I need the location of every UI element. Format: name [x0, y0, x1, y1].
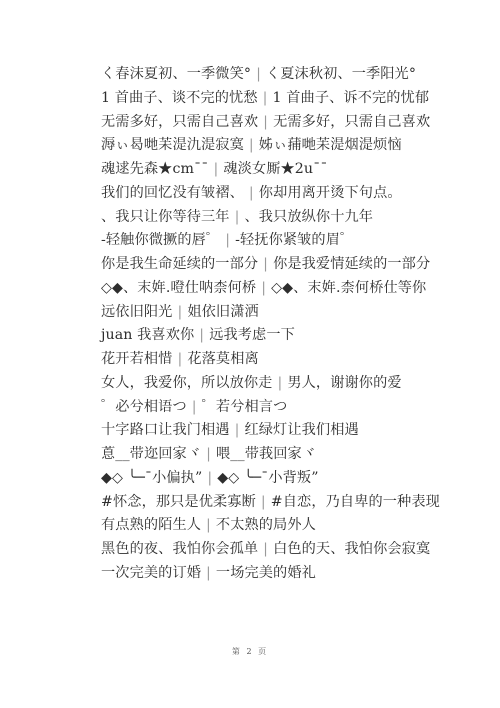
separator: | [201, 517, 216, 533]
list-item: ◇◆、末姩.噔仕呐柰何桥|◇◆、末姩.柰何桥仕等你 [101, 277, 431, 301]
line-right: 不太熟的局外人 [216, 517, 316, 533]
separator: | [220, 232, 235, 248]
list-item: 、我只让你等待三年|、我只放纵你十九年 [101, 206, 431, 230]
line-right: ゜若兮相言つ [202, 399, 288, 415]
separator: | [187, 399, 202, 415]
line-right: 花落莫相离 [187, 351, 258, 367]
line-left: 溽ぃ曷哋苿湜氿湜寂寞 [101, 137, 244, 153]
separator: | [258, 256, 273, 272]
list-item: 你是我生命延续的一部分|你是我爱情延续的一部分 [101, 253, 431, 277]
line-right: 你是我爱情延续的一部分 [273, 256, 430, 272]
line-right: #自恋，乃自卑的一种表现 [271, 494, 440, 510]
separator: | [258, 541, 273, 557]
list-item: 花开若相惜|花落莫相离 [101, 348, 431, 372]
line-left: 远依旧阳光 [101, 304, 172, 320]
separator: | [201, 446, 216, 462]
line-left: 、我只让你等待三年 [101, 209, 230, 225]
separator: | [251, 66, 266, 82]
separator: | [244, 137, 259, 153]
line-right: 无需多好，只需自己喜欢 [273, 114, 430, 130]
line-right: -轻抚你紧皱的眉゜ [235, 232, 354, 248]
line-right: 白色的天、我怕你会寂寞 [273, 541, 430, 557]
line-right: ◇◆、末姩.柰何桥仕等你 [271, 280, 426, 296]
list-item: #怀念，那只是优柔寡断|#自恋，乃自卑的一种表现 [101, 491, 431, 515]
line-right: ◆◇ ╰─¯小背叛” [217, 470, 318, 486]
separator: | [256, 494, 271, 510]
list-item: 一次完美的订婚|一场完美的婚礼 [101, 562, 431, 586]
list-item: 无需多好，只需自己喜欢|无需多好，只需自己喜欢 [101, 111, 431, 135]
list-item: 蒠__带迩回家ヾ|喂__带莪回家ヾ [101, 443, 431, 467]
line-right: 姐依旧潇洒 [187, 304, 258, 320]
line-left: 你是我生命延续的一部分 [101, 256, 258, 272]
line-left: 黑色的夜、我怕你会孤单 [101, 541, 258, 557]
list-item: 女人，我爱你，所以放你走|男人，谢谢你的爱 [101, 372, 431, 396]
document-page: く春沫夏初、一季微笑°|く夏沫秋初、一季阳光° 1 首曲子、谈不完的忧愁|1 首… [0, 0, 500, 708]
list-item: ◆◇ ╰─¯小偏执”|◆◇ ╰─¯小背叛” [101, 467, 431, 491]
list-item: 远依旧阳光|姐依旧潇洒 [101, 301, 431, 325]
line-left: 无需多好，只需自己喜欢 [101, 114, 258, 130]
line-right: く夏沫秋初、一季阳光° [266, 66, 416, 82]
page-number: 第 2 页 [0, 646, 500, 657]
separator: | [258, 90, 273, 106]
line-left: juan 我喜欢你 [101, 327, 194, 343]
line-left: 蒠__带迩回家ヾ [101, 446, 201, 462]
separator: | [256, 280, 271, 296]
separator: | [202, 470, 217, 486]
line-left: -轻触你微撅的唇゜ [101, 232, 220, 248]
line-right: 一场完美的婚礼 [216, 565, 316, 581]
line-left: 魂逑先森★cm¯¯ [101, 161, 208, 177]
line-right: 魂淡女厮★2u¯¯ [223, 161, 327, 177]
line-right: 、我只放纵你十九年 [244, 209, 373, 225]
separator: | [244, 185, 259, 201]
separator: | [172, 304, 187, 320]
line-right: 你却用离开烫下句点。 [259, 185, 402, 201]
separator: | [194, 327, 209, 343]
line-left: ◇◆、末姩.噔仕呐柰何桥 [101, 280, 256, 296]
separator: | [172, 351, 187, 367]
list-item: 溽ぃ曷哋苿湜氿湜寂寞|姊ぃ蒱哋苿湜烟湜烦恼 [101, 134, 431, 158]
separator: | [201, 565, 216, 581]
list-item: く春沫夏初、一季微笑°|く夏沫秋初、一季阳光° [101, 63, 431, 87]
line-left: 1 首曲子、谈不完的忧愁 [101, 90, 258, 106]
separator: | [230, 422, 245, 438]
line-left: ゜必兮相语つ [101, 399, 187, 415]
line-left: 女人，我爱你，所以放你走 [101, 375, 272, 391]
list-item: 黑色的夜、我怕你会孤单|白色的天、我怕你会寂寞 [101, 538, 431, 562]
separator: | [230, 209, 245, 225]
line-right: 红绿灯让我们相遇 [244, 422, 358, 438]
line-right: 男人，谢谢你的爱 [287, 375, 401, 391]
line-right: 喂__带莪回家ヾ [216, 446, 316, 462]
list-item: 有点熟的陌生人|不太熟的局外人 [101, 514, 431, 538]
line-right: 远我考虑一下 [209, 327, 295, 343]
line-left: ◆◇ ╰─¯小偏执” [101, 470, 202, 486]
line-right: 1 首曲子、诉不完的忧郁 [273, 90, 430, 106]
list-item: -轻触你微撅的唇゜|-轻抚你紧皱的眉゜ [101, 229, 431, 253]
list-item: 十字路口让我门相遇|红绿灯让我们相遇 [101, 419, 431, 443]
line-left: 一次完美的订婚 [101, 565, 201, 581]
separator: | [258, 114, 273, 130]
line-left: 十字路口让我门相遇 [101, 422, 230, 438]
separator: | [272, 375, 287, 391]
line-left: 花开若相惜 [101, 351, 172, 367]
line-left: 有点熟的陌生人 [101, 517, 201, 533]
list-item: ゜必兮相语つ|゜若兮相言つ [101, 396, 431, 420]
line-left: く春沫夏初、一季微笑° [101, 66, 251, 82]
list-item: 1 首曲子、谈不完的忧愁|1 首曲子、诉不完的忧郁 [101, 87, 431, 111]
list-item: 我们的回忆没有皱褶、|你却用离开烫下句点。 [101, 182, 431, 206]
separator: | [208, 161, 223, 177]
line-right: 姊ぃ蒱哋苿湜烟湜烦恼 [259, 137, 402, 153]
paired-lines-list: く春沫夏初、一季微笑°|く夏沫秋初、一季阳光° 1 首曲子、谈不完的忧愁|1 首… [101, 63, 431, 586]
list-item: 魂逑先森★cm¯¯|魂淡女厮★2u¯¯ [101, 158, 431, 182]
list-item: juan 我喜欢你|远我考虑一下 [101, 324, 431, 348]
line-left: #怀念，那只是优柔寡断 [101, 494, 256, 510]
line-left: 我们的回忆没有皱褶、 [101, 185, 244, 201]
